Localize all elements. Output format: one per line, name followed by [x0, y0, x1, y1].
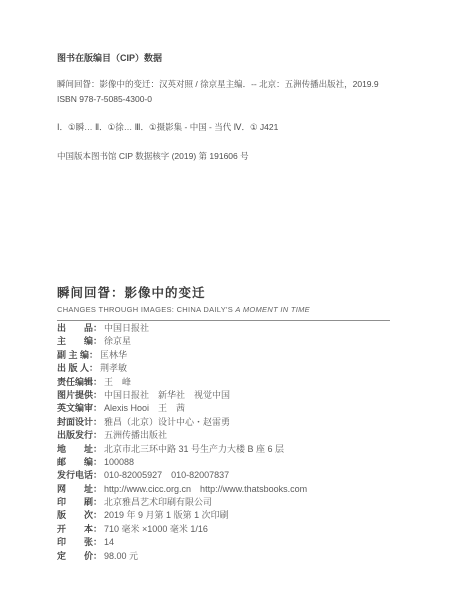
colophon-label: 邮 编	[57, 457, 93, 467]
book-title-cn: 瞬间回眢：影像中的变迁	[57, 283, 393, 301]
colophon-value: 14	[104, 537, 114, 547]
book-title-en-italic: A MOMENT IN TIME	[235, 305, 310, 314]
label-separator: ：	[93, 336, 102, 346]
label-separator: ：	[89, 350, 98, 360]
colophon-label: 责任编辑	[57, 377, 93, 387]
label-separator: ：	[93, 551, 102, 561]
colophon-value: Alexis Hooi 王 茜	[104, 403, 185, 413]
colophon-row: 出 品：中国日报社	[57, 322, 407, 335]
label-separator: ：	[93, 377, 102, 387]
label-separator: ：	[93, 524, 102, 534]
colophon-label: 副 主 编	[57, 350, 89, 360]
colophon-value: 中国日报社 新华社 视觉中国	[104, 390, 230, 400]
cip-description: 瞬间回眢：影像中的变迁：汉英对照 / 徐京星主编．-- 北京：五洲传播出版社，2…	[57, 77, 407, 92]
colophon-label: 出 版 人	[57, 363, 89, 373]
colophon-label: 英文编审	[57, 403, 93, 413]
colophon-row: 责任编辑：王 峰	[57, 376, 407, 389]
colophon-row: 副 主 编：匡林华	[57, 349, 407, 362]
title-block: 瞬间回眢：影像中的变迁 CHANGES THROUGH IMAGES: CHIN…	[57, 283, 393, 321]
colophon-row: 英文编审：Alexis Hooi 王 茜	[57, 402, 407, 415]
colophon-value: 五洲传播出版社	[104, 430, 167, 440]
colophon-value: 98.00 元	[104, 551, 138, 561]
colophon-value: 荆孝敏	[100, 363, 127, 373]
colophon-row: 版 次：2019 年 9 月第 1 版第 1 次印刷	[57, 509, 407, 522]
book-title-en: CHANGES THROUGH IMAGES: CHINA DAILY'S A …	[57, 305, 393, 314]
label-separator: ：	[93, 444, 102, 454]
colophon-row: 开 本：710 毫米 ×1000 毫米 1/16	[57, 523, 407, 536]
cip-classification: Ⅰ．①瞬… Ⅱ．①徐… Ⅲ．①摄影集 - 中国 - 当代 Ⅳ．① J421	[57, 120, 407, 135]
colophon-label: 发行电话	[57, 470, 93, 480]
colophon-label: 出版发行	[57, 430, 93, 440]
colophon-label: 网 址	[57, 484, 93, 494]
title-divider	[57, 320, 390, 321]
colophon-label: 印 张	[57, 537, 93, 547]
colophon-row: 地 址：北京市北三环中路 31 号生产力大楼 B 座 6 层	[57, 443, 407, 456]
colophon-row: 印 刷：北京雅昌艺术印刷有限公司	[57, 496, 407, 509]
colophon-value: 匡林华	[100, 350, 127, 360]
colophon-value: 北京市北三环中路 31 号生产力大楼 B 座 6 层	[104, 444, 284, 454]
colophon-row: 主 编：徐京星	[57, 335, 407, 348]
label-separator: ：	[93, 417, 102, 427]
label-separator: ：	[93, 497, 102, 507]
label-separator: ：	[93, 390, 102, 400]
colophon-row: 定 价：98.00 元	[57, 550, 407, 563]
colophon-value: 710 毫米 ×1000 毫米 1/16	[104, 524, 208, 534]
colophon-label: 开 本	[57, 524, 93, 534]
label-separator: ：	[93, 510, 102, 520]
colophon-list: 出 品：中国日报社 主 编：徐京星 副 主 编：匡林华 出 版 人：荆孝敏 责任…	[57, 322, 407, 563]
book-title-en-main: CHANGES THROUGH IMAGES: CHINA DAILY'S	[57, 305, 235, 314]
label-separator: ：	[93, 457, 102, 467]
colophon-label: 印 刷	[57, 497, 93, 507]
colophon-label: 版 次	[57, 510, 93, 520]
colophon-label: 图片提供	[57, 390, 93, 400]
colophon-value: 2019 年 9 月第 1 版第 1 次印刷	[104, 510, 229, 520]
copyright-page: 图书在版编目（CIP）数据 瞬间回眢：影像中的变迁：汉英对照 / 徐京星主编．-…	[0, 0, 450, 600]
cip-record-number: 中国版本图书馆 CIP 数据核字 (2019) 第 191606 号	[57, 149, 407, 164]
colophon-row: 印 张：14	[57, 536, 407, 549]
colophon-value: 王 峰	[104, 377, 131, 387]
label-separator: ：	[93, 470, 102, 480]
label-separator: ：	[93, 430, 102, 440]
colophon-value: 北京雅昌艺术印刷有限公司	[104, 497, 212, 507]
colophon-value: 雅昌（北京）设计中心・赵雷勇	[104, 417, 230, 427]
isbn-line: ISBN 978-7-5085-4300-0	[57, 92, 407, 107]
colophon-value: 徐京星	[104, 336, 131, 346]
label-separator: ：	[89, 363, 98, 373]
colophon-row: 发行电话：010-82005927 010-82007837	[57, 469, 407, 482]
label-separator: ：	[93, 323, 102, 333]
label-separator: ：	[93, 403, 102, 413]
colophon-value: http://www.cicc.org.cn http://www.thatsb…	[104, 484, 307, 494]
colophon-label: 主 编	[57, 336, 93, 346]
colophon-label: 定 价	[57, 551, 93, 561]
colophon-label: 封面设计	[57, 417, 93, 427]
colophon-row: 邮 编：100088	[57, 456, 407, 469]
colophon-row: 出版发行：五洲传播出版社	[57, 429, 407, 442]
colophon-value: 010-82005927 010-82007837	[104, 470, 229, 480]
cip-heading: 图书在版编目（CIP）数据	[57, 51, 407, 64]
colophon-value: 100088	[104, 457, 134, 467]
colophon-label: 出 品	[57, 323, 93, 333]
label-separator: ：	[93, 484, 102, 494]
colophon-value: 中国日报社	[104, 323, 149, 333]
colophon-row: 网 址：http://www.cicc.org.cn http://www.th…	[57, 483, 407, 496]
label-separator: ：	[93, 537, 102, 547]
colophon-row: 封面设计：雅昌（北京）设计中心・赵雷勇	[57, 416, 407, 429]
colophon-row: 图片提供：中国日报社 新华社 视觉中国	[57, 389, 407, 402]
colophon-row: 出 版 人：荆孝敏	[57, 362, 407, 375]
cip-section: 图书在版编目（CIP）数据 瞬间回眢：影像中的变迁：汉英对照 / 徐京星主编．-…	[57, 51, 407, 164]
colophon-label: 地 址	[57, 444, 93, 454]
